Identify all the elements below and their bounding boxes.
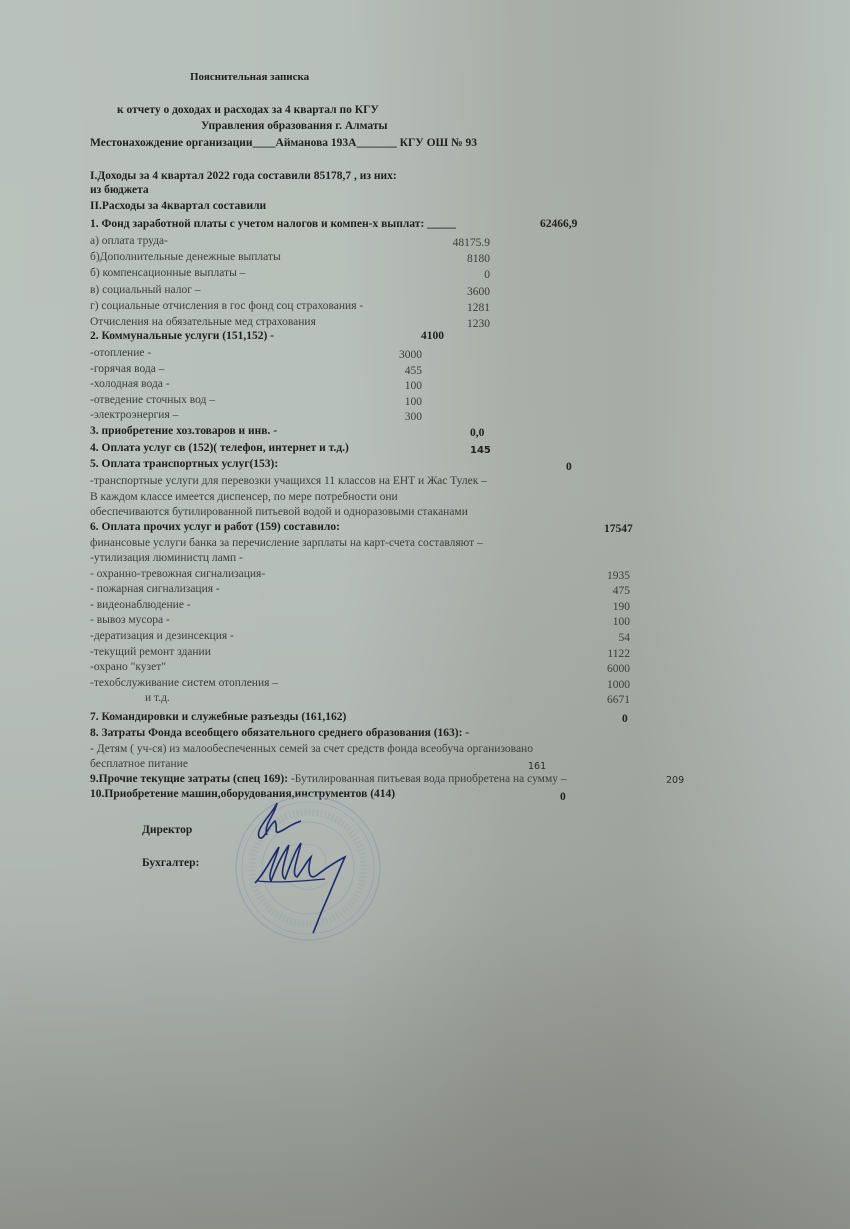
- transport-label: 5. Оплата транспортных услуг(153):: [90, 457, 278, 471]
- utilities-item-value: 455: [352, 364, 422, 378]
- utilities-item-value: 100: [352, 395, 422, 409]
- other-services-item-value: 190: [560, 600, 630, 614]
- expenses-heading: II.Расходы за 4квартал составили: [90, 199, 266, 213]
- payroll-item-value: 8180: [420, 252, 490, 266]
- payroll-item-label: б) компенсационные выплаты –: [90, 266, 245, 280]
- equipment-value: 0: [560, 790, 566, 804]
- income-line: I.Доходы за 4 квартал 2022 года составил…: [90, 169, 397, 183]
- universal-fund-label: 8. Затраты Фонда всеобщего обязательного…: [90, 726, 469, 740]
- utilities-item-label: -холодная вода -: [90, 377, 170, 391]
- other-services-item-value: 1000: [560, 678, 630, 692]
- payroll-item-value: 3600: [420, 285, 490, 299]
- payroll-total: 62466,9: [540, 217, 577, 231]
- utilities-item-label: -отопление -: [90, 346, 151, 360]
- organization-location: Местонахождение организации____Айманова …: [90, 136, 477, 150]
- travel-label: 7. Командировки и служебные разъезды (16…: [90, 710, 346, 724]
- other-services-total: 17547: [604, 522, 633, 536]
- payroll-label: 1. Фонд заработной платы с учетом налого…: [90, 217, 456, 231]
- utilities-label: 2. Коммунальные услуги (151,152) -: [90, 329, 274, 343]
- other-current-row: 9.Прочие текущие затраты (спец 169): -Бу…: [90, 772, 567, 786]
- other-services-item-label: -дератизация и дезинсекция -: [90, 629, 234, 643]
- other-services-label: 6. Оплата прочих услуг и работ (159) сос…: [90, 520, 340, 534]
- utilities-item-value: 100: [352, 379, 422, 393]
- other-services-item-label: -охрано "кузет": [90, 660, 166, 674]
- utilities-item-label: -отведение сточных вод –: [90, 393, 215, 407]
- other-services-item-value: 1122: [560, 647, 630, 661]
- payroll-item-value: 48175.9: [420, 236, 490, 250]
- subtitle-line-2: Управления образования г. Алматы: [201, 119, 387, 133]
- other-current-text: -Бутилированная питьевая вода приобретен…: [288, 773, 567, 785]
- supplies-label: 3. приобретение хоз.товаров и инв. -: [90, 424, 277, 438]
- travel-value: 0: [622, 712, 628, 726]
- universal-fund-line-1: - Детям ( уч-ся) из малообеспеченных сем…: [90, 742, 533, 756]
- communication-value: 145: [470, 444, 491, 458]
- transport-value: 0: [566, 460, 572, 474]
- other-current-label: 9.Прочие текущие затраты (спец 169):: [90, 773, 288, 785]
- utilities-item-value: 300: [352, 410, 422, 424]
- payroll-item-label: б)Дополнительные денежные выплаты: [90, 250, 281, 264]
- supplies-value: 0,0: [470, 426, 484, 440]
- other-services-item-label: -утилизация люминистц ламп -: [90, 551, 243, 565]
- payroll-item-label: в) социальный налог –: [90, 283, 201, 297]
- utilities-item-value: 3000: [352, 348, 422, 362]
- other-services-item-label: -текущий ремонт здании: [90, 645, 211, 659]
- other-services-item-label: и т.д.: [145, 691, 170, 705]
- director-label: Директор: [142, 823, 192, 837]
- other-services-item-label: - вывоз мусора -: [90, 613, 170, 627]
- other-services-item-label: - пожарная сигнализация -: [90, 582, 220, 596]
- document-title: Пояснительная записка: [190, 70, 309, 84]
- payroll-item-label: Отчисления на обязательные мед страхован…: [90, 315, 316, 329]
- other-services-item-value: 6671: [560, 693, 630, 707]
- other-services-item-value: 54: [560, 631, 630, 645]
- utilities-item-label: -электроэнергия –: [90, 408, 178, 422]
- transport-line-1: -транспортные услуги для перевозки учащи…: [90, 474, 487, 488]
- income-source: из бюджета: [90, 183, 149, 197]
- official-seal-icon: [232, 792, 384, 944]
- other-services-item-value: 1935: [560, 569, 630, 583]
- utilities-item-label: -горячая вода –: [90, 362, 164, 376]
- payroll-item-value: 0: [420, 268, 490, 282]
- transport-line-2: В каждом классе имеется диспенсер, по ме…: [90, 490, 398, 504]
- other-current-value: 209: [666, 774, 684, 788]
- other-services-item-value: 475: [560, 584, 630, 598]
- other-services-item-label: - видеонаблюдение -: [90, 598, 191, 612]
- communication-label: 4. Оплата услуг св (152)( телефон, интер…: [90, 441, 349, 455]
- payroll-item-value: 1281: [420, 301, 490, 315]
- bank-services-line: финансовые услуги банка за перечисление …: [90, 536, 483, 550]
- other-services-item-label: - охранно-тревожная сигнализация-: [90, 567, 265, 581]
- other-services-item-label: -техобслуживание систем отопления –: [90, 676, 278, 690]
- universal-fund-line-2: бесплатное питание: [90, 757, 188, 771]
- accountant-label: Бухгалтер:: [142, 856, 199, 870]
- subtitle-line-1: к отчету о доходах и расходах за 4 кварт…: [117, 103, 379, 117]
- transport-line-3: обеспечиваются бутилированной питьевой в…: [90, 505, 468, 519]
- utilities-total: 4100: [380, 329, 444, 343]
- other-services-item-value: 100: [560, 615, 630, 629]
- equipment-label: 10.Приобретение машин,оборудования,инстр…: [90, 787, 395, 801]
- other-services-item-value: 6000: [560, 662, 630, 676]
- signature-icon: [245, 795, 355, 935]
- payroll-item-label: а) оплата труда-: [90, 234, 168, 248]
- payroll-item-label: г) социальные отчисления в гос фонд соц …: [90, 299, 363, 313]
